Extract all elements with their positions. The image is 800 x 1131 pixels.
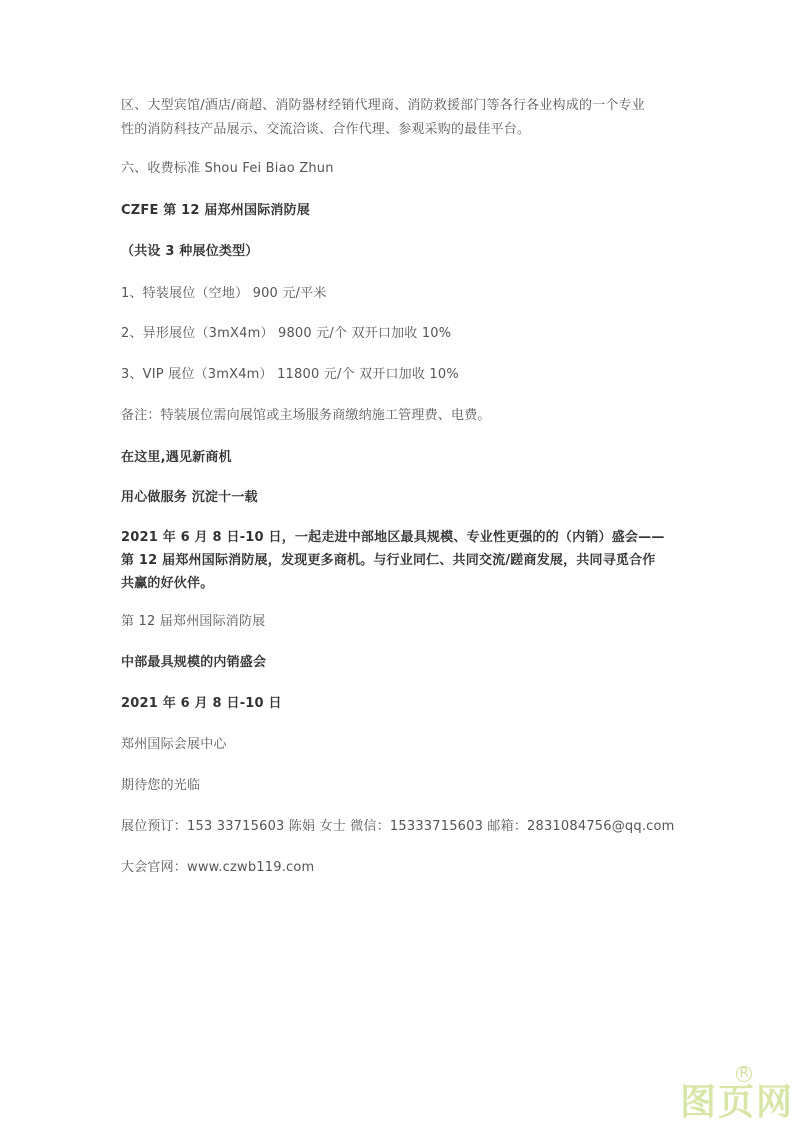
contact-info: 展位预订：153 33715603 陈娟 女士 微信：15333715603 邮… bbox=[121, 816, 675, 838]
watermark-logo: 图页网 R bbox=[680, 1080, 795, 1125]
intro-line-2: 性的消防科技产品展示、交流洽谈、合作代理、参观采购的最佳平台。 bbox=[121, 119, 530, 141]
slogan-service: 用心做服务 沉淀十一载 bbox=[121, 487, 258, 509]
section-heading-fees: 六、收费标准 Shou Fei Biao Zhun bbox=[121, 158, 334, 180]
pricing-item-vip-booth: 3、VIP 展位（3mX4m） 11800 元/个 双开口加收 10% bbox=[121, 364, 459, 386]
intro-line-1: 区、大型宾馆/酒店/商超、消防器材经销代理商、消防救援部门等各行各业构成的一个专… bbox=[121, 95, 645, 117]
invite-paragraph-line-2: 第 12 届郑州国际消防展，发现更多商机。与行业同仁、共同交流/蹉商发展，共同寻… bbox=[121, 550, 656, 572]
pricing-item-irregular-booth: 2、异形展位（3mX4m） 9800 元/个 双开口加收 10% bbox=[121, 323, 451, 345]
booth-type-count: （共设 3 种展位类型） bbox=[121, 241, 259, 263]
invite-paragraph-line-1: 2021 年 6 月 8 日-10 日，一起走进中部地区最具规模、专业性更强的的… bbox=[121, 527, 665, 549]
invite-paragraph-line-3: 共赢的好伙伴。 bbox=[121, 573, 213, 595]
pricing-note: 备注：特装展位需向展馆或主场服务商缴纳施工管理费、电费。 bbox=[121, 405, 491, 427]
registered-trademark-icon: R bbox=[736, 1066, 752, 1082]
pricing-item-special-booth: 1、特装展位（空地） 900 元/平米 bbox=[121, 283, 327, 305]
document-page: 区、大型宾馆/酒店/商超、消防器材经销代理商、消防救援部门等各行各业构成的一个专… bbox=[0, 0, 800, 1131]
event-venue: 郑州国际会展中心 bbox=[121, 734, 227, 756]
event-tagline: 中部最具规模的内销盛会 bbox=[121, 652, 266, 674]
welcome-text: 期待您的光临 bbox=[121, 775, 200, 797]
exhibition-title: CZFE 第 12 届郑州国际消防展 bbox=[121, 200, 310, 222]
official-website: 大会官网：www.czwb119.com bbox=[121, 857, 314, 879]
event-name: 第 12 届郑州国际消防展 bbox=[121, 611, 265, 633]
watermark-text: 图页网 bbox=[680, 1082, 794, 1123]
event-dates: 2021 年 6 月 8 日-10 日 bbox=[121, 693, 282, 715]
slogan-new-opportunities: 在这里,遇见新商机 bbox=[121, 447, 232, 469]
